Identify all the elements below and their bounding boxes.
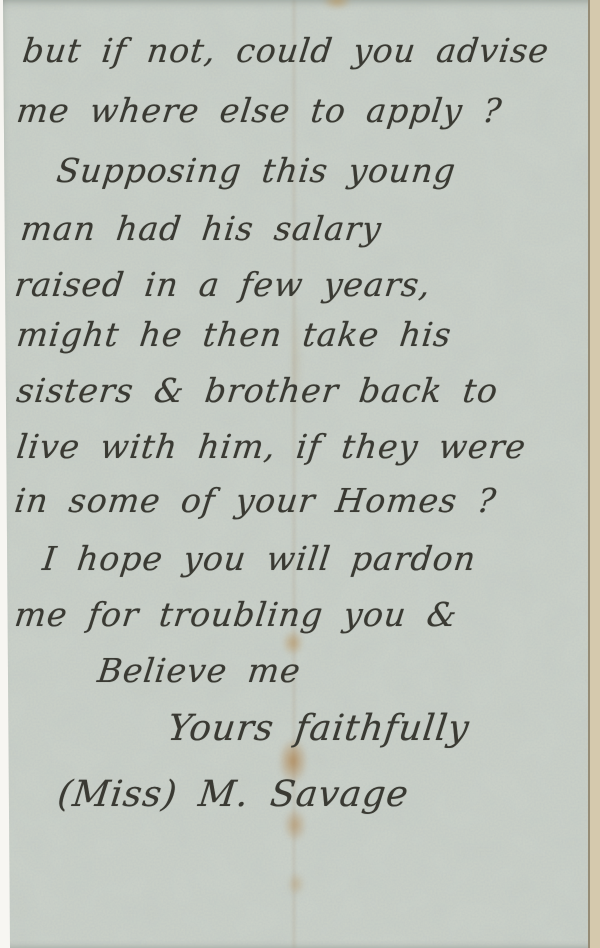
letter-line: sisters & brother back to xyxy=(14,368,501,414)
letter-line: in some of your Homes ? xyxy=(12,478,499,524)
letter-line: me for troubling you & xyxy=(12,592,460,638)
letter-line: I hope you will pardon xyxy=(40,536,479,582)
letter-page: but if not, could you advise me where el… xyxy=(0,0,600,948)
page-edge-strip xyxy=(588,0,600,948)
letter-photo: but if not, could you advise me where el… xyxy=(0,0,600,948)
fold-stain-top xyxy=(322,0,352,10)
letter-line: live with him, if they were xyxy=(14,424,529,470)
letter-line: Believe me xyxy=(95,648,304,694)
closing-line: Yours faithfully xyxy=(165,706,472,752)
letter-line: man had his salary xyxy=(18,206,384,252)
fold-stain xyxy=(287,872,305,896)
letter-line: raised in a few years, xyxy=(12,262,434,308)
signature-line: (Miss) M. Savage xyxy=(55,772,412,818)
letter-line: might he then take his xyxy=(14,312,454,358)
letter-line: but if not, could you advise xyxy=(20,28,552,74)
letter-line: me where else to apply ? xyxy=(14,88,505,134)
letter-line: Supposing this young xyxy=(54,148,459,194)
